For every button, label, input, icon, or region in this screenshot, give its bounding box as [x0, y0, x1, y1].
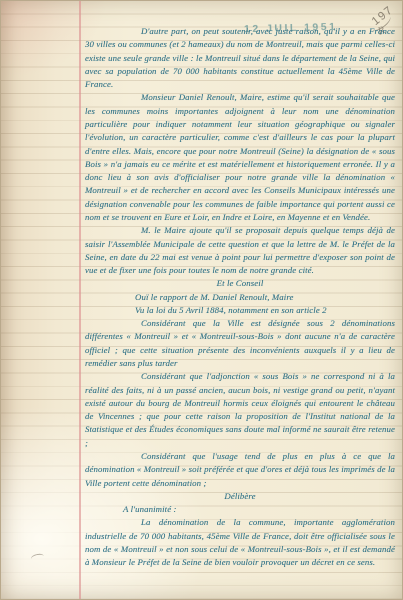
manuscript-text: D'autre part, on peut soutenir, avec jus…: [85, 25, 395, 570]
margin-rule-line: [79, 1, 81, 599]
manuscript-paragraph: Considérant que l'adjonction « sous Bois…: [85, 370, 395, 450]
manuscript-paragraph: La dénomination de la commune, important…: [85, 516, 395, 569]
manuscript-paragraph: Ouï le rapport de M. Daniel Renoult, Mai…: [135, 291, 395, 304]
manuscript-paragraph: Monsieur Daniel Renoult, Maire, estime q…: [85, 91, 395, 224]
manuscript-paragraph: Et le Conseil: [85, 277, 395, 290]
manuscript-paragraph: M. le Maire ajoute qu'il se proposait de…: [85, 224, 395, 277]
register-page: 12 JUIL 1951 197 R D'autre part, on peut…: [0, 0, 403, 600]
manuscript-paragraph: Délibère: [85, 490, 395, 503]
manuscript-paragraph: D'autre part, on peut soutenir, avec jus…: [85, 25, 395, 91]
manuscript-paragraph: Vu la loi du 5 Avril 1884, notamment en …: [135, 304, 395, 317]
manuscript-paragraph: A l'unanimité :: [123, 503, 395, 516]
manuscript-paragraph: Considérant que l'usage tend de plus en …: [85, 450, 395, 490]
margin-pencil-scribble: [30, 553, 44, 563]
manuscript-paragraph: Considérant que la Ville est désignée so…: [85, 317, 395, 370]
